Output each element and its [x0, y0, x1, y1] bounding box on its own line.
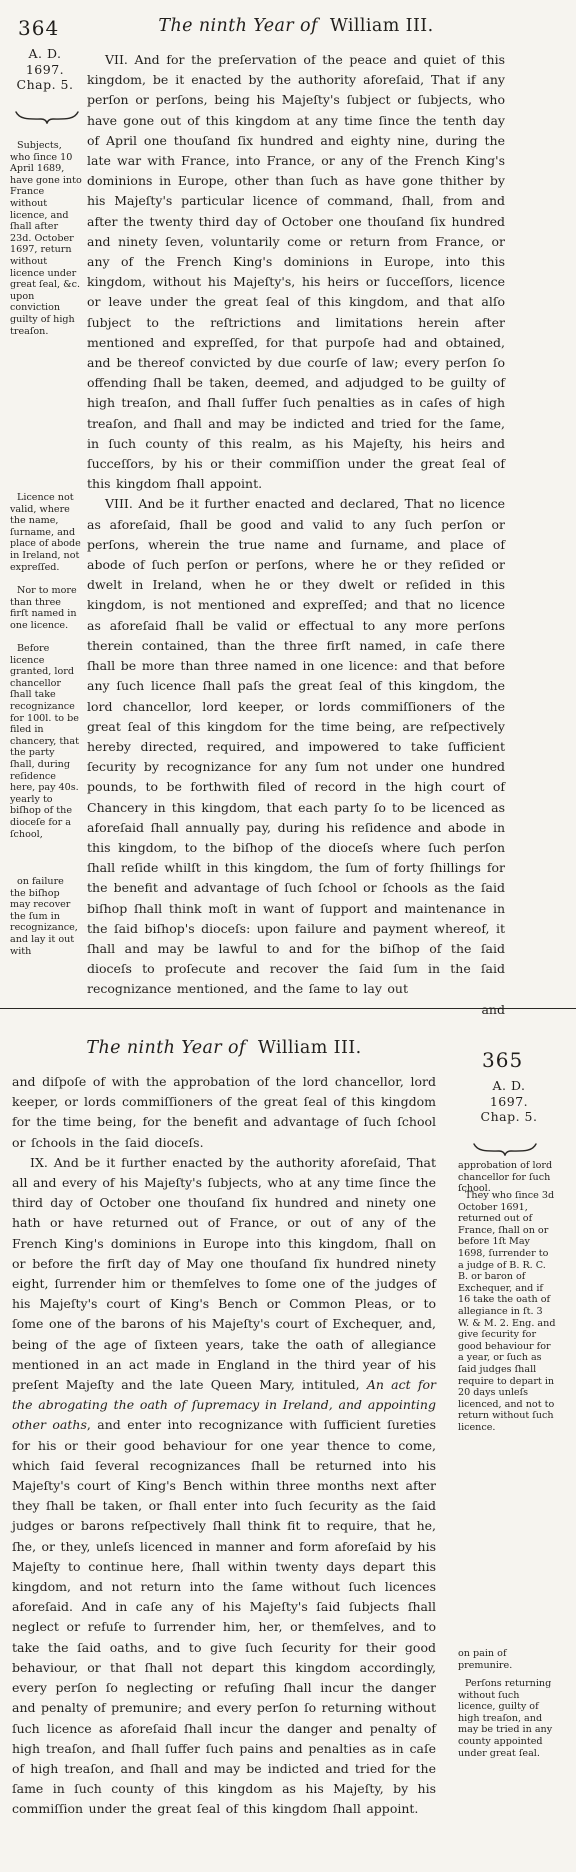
paragraph-viii: VIII. And be it further enacted and decl…	[87, 494, 505, 999]
paragraph-vii: VII. And for the preſervation of the pea…	[87, 50, 505, 494]
sidenote: Licence not valid, where the name, ſurna…	[8, 492, 82, 573]
left-margin-column: A. D. 1697. Chap. 5. Subjects, who ſince…	[8, 0, 82, 1008]
chapter-line: Chap. 5.	[452, 1109, 566, 1125]
sidenote: Subjects, who ſince 10 April 1689, have …	[8, 140, 82, 337]
sidenote: on pain of premunire.	[452, 1648, 556, 1671]
page-365: 365 The ninth Year of William III. A. D.…	[0, 1010, 576, 1872]
sidenote: Perſons returning without ſuch licence, …	[452, 1678, 556, 1759]
year-line: 1697.	[8, 62, 82, 78]
running-head-italic: The ninth Year of	[158, 16, 317, 36]
main-text-column: VII. And for the preſervation of the pea…	[87, 50, 505, 1020]
main-text-column: and diſpoſe of with the approbation of t…	[12, 1072, 436, 1820]
running-head-italic: The ninth Year of	[86, 1038, 245, 1058]
right-margin-column: A. D. 1697. Chap. 5. approbation of lord…	[452, 1010, 566, 1872]
chapter-line: Chap. 5.	[8, 77, 82, 93]
year-line: 1697.	[452, 1094, 566, 1110]
date-line: A. D.	[452, 1078, 566, 1094]
paragraph-ix: IX. And be it further enacted by the aut…	[12, 1153, 436, 1820]
running-head: The ninth Year of William III.	[86, 16, 506, 36]
scanned-statute-spread: 364 The ninth Year of William III. A. D.…	[0, 0, 576, 1872]
date-line: A. D.	[8, 46, 82, 62]
chapter-brace-icon	[14, 110, 80, 124]
sidenote: They who ſince 3d October 1691, returned…	[452, 1190, 556, 1433]
date-chapter-block: A. D. 1697. Chap. 5.	[8, 46, 82, 93]
running-head: The ninth Year of William III.	[12, 1038, 436, 1058]
paragraph-ix-roman-2: , and enter into recognizance with ſuffi…	[12, 1417, 436, 1816]
page-364: 364 The ninth Year of William III. A. D.…	[0, 0, 576, 1009]
paragraph-continuation: and diſpoſe of with the approbation of t…	[12, 1072, 436, 1153]
sidenote: on failure the biſhop may recover the ſu…	[8, 876, 82, 957]
chapter-brace-icon	[472, 1142, 538, 1156]
paragraph-ix-roman-1: IX. And be it further enacted by the aut…	[12, 1155, 436, 1392]
sidenote: Nor to more than three firſt named in on…	[8, 585, 82, 631]
date-chapter-block: A. D. 1697. Chap. 5.	[452, 1078, 566, 1125]
running-head-roman: William III.	[330, 16, 434, 36]
running-head-roman: William III.	[258, 1038, 362, 1058]
sidenote: Before licence granted, lord chancellor …	[8, 643, 82, 840]
